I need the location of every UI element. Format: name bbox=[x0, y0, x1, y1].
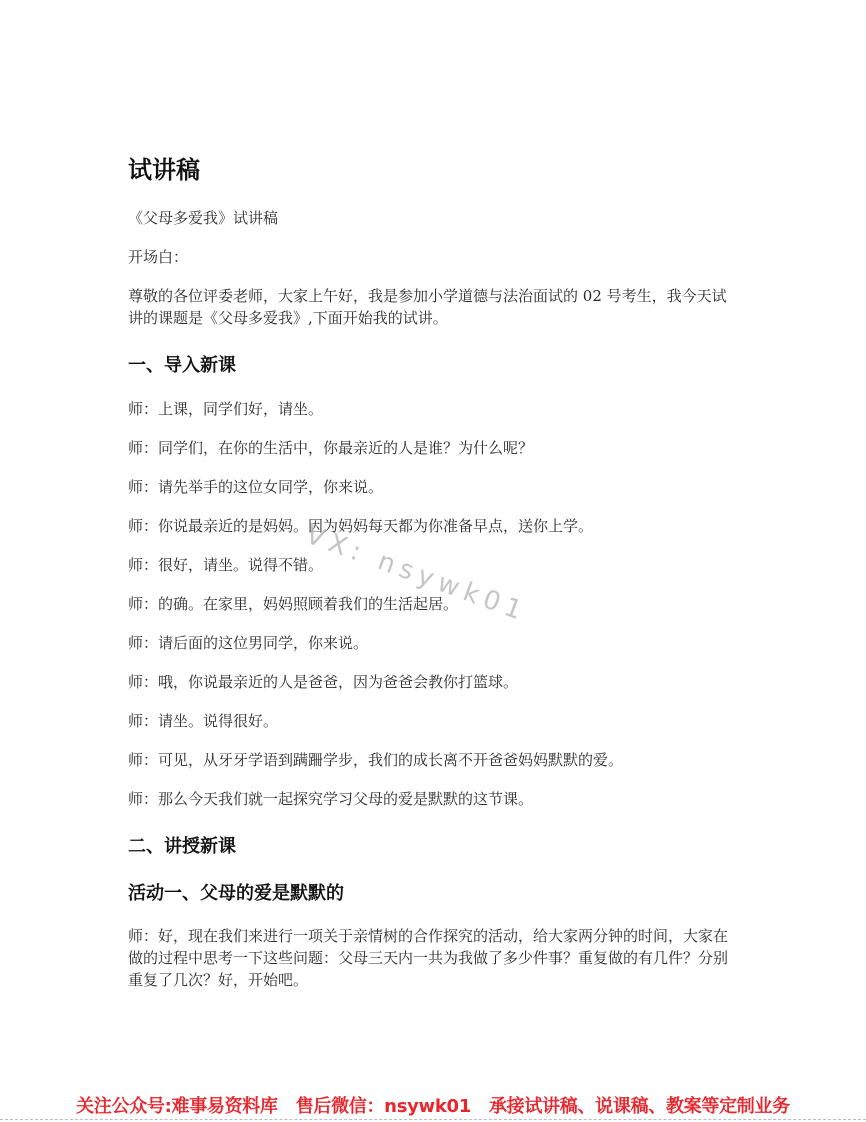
dialogue-line: 师：上课，同学们好，请坐。 bbox=[128, 398, 323, 420]
dialogue-line: 师：的确。在家里，妈妈照顾着我们的生活起居。 bbox=[128, 593, 458, 615]
section-heading-new-lesson: 二、讲授新课 bbox=[128, 832, 236, 858]
document-subtitle: 《父母多爱我》试讲稿 bbox=[128, 207, 278, 229]
dialogue-paragraph: 师：好，现在我们来进行一项关于亲情树的合作探究的活动，给大家两分钟的时间，大家在… bbox=[128, 925, 740, 991]
dialogue-line: 师：那么今天我们就一起探究学习父母的爱是默默的这节课。 bbox=[128, 788, 533, 810]
document-title: 试讲稿 bbox=[128, 150, 200, 185]
dialogue-line: 师：哦，你说最亲近的人是爸爸，因为爸爸会教你打篮球。 bbox=[128, 671, 518, 693]
dialogue-line: 师：请坐。说得很好。 bbox=[128, 710, 278, 732]
footer-wechat-account: 关注公众号:难事易资料库 bbox=[76, 1096, 278, 1117]
dialogue-line: 师：你说最亲近的是妈妈。因为妈妈每天都为你准备早点，送你上学。 bbox=[128, 515, 593, 537]
footer-banner: 关注公众号:难事易资料库 售后微信：nsywk01 承接试讲稿、说课稿、教案等定… bbox=[0, 1092, 866, 1118]
opening-label: 开场白： bbox=[128, 246, 188, 268]
footer-after-sales: 售后微信：nsywk01 bbox=[296, 1096, 471, 1117]
section-heading-intro: 一、导入新课 bbox=[128, 351, 236, 377]
dialogue-line: 师：请后面的这位男同学，你来说。 bbox=[128, 632, 368, 654]
dialogue-line: 师：可见，从牙牙学语到蹒跚学步，我们的成长离不开爸爸妈妈默默的爱。 bbox=[128, 749, 623, 771]
footer-services: 承接试讲稿、说课稿、教案等定制业务 bbox=[489, 1096, 790, 1117]
dialogue-line: 师：请先举手的这位女同学，你来说。 bbox=[128, 476, 383, 498]
activity-heading: 活动一、父母的爱是默默的 bbox=[128, 879, 344, 905]
dialogue-line: 师：很好，请坐。说得不错。 bbox=[128, 554, 323, 576]
dialogue-line: 师：同学们，在你的生活中，你最亲近的人是谁？为什么呢？ bbox=[128, 437, 533, 459]
opening-text: 尊敬的各位评委老师，大家上午好，我是参加小学道德与法治面试的 02 号考生，我今… bbox=[128, 285, 740, 329]
footer-divider bbox=[0, 1119, 866, 1121]
